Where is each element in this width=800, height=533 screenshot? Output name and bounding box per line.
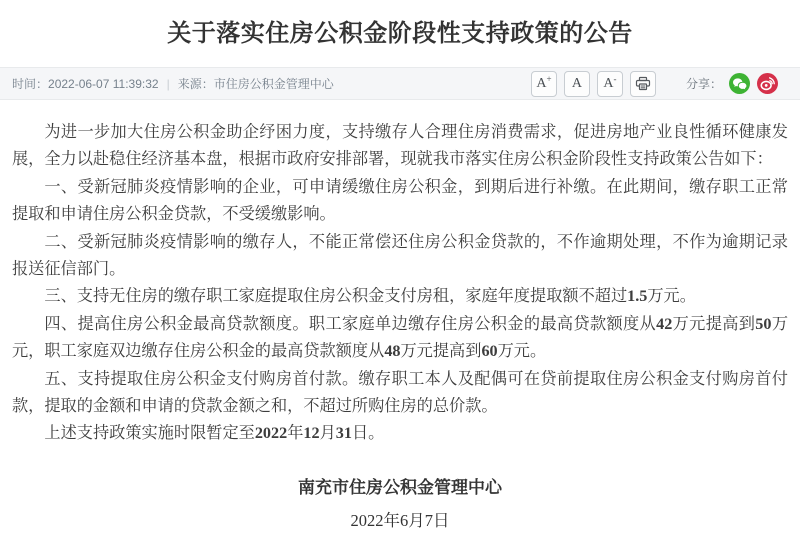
time-label: 时间： [12, 75, 48, 92]
article-body: 为进一步加大住房公积金助企纾困力度，支持缴存人合理住房消费需求，促进房地产业良性… [0, 100, 800, 448]
printer-icon [635, 76, 651, 91]
paragraph: 为进一步加大住房公积金助企纾困力度，支持缴存人合理住房消费需求，促进房地产业良性… [12, 119, 788, 174]
font-increase-button[interactable]: A+ [531, 71, 557, 97]
meta-toolbar: A+ A A- 分享： [524, 71, 778, 97]
print-button[interactable] [630, 71, 656, 97]
font-increase-label: A [536, 77, 546, 91]
font-default-label: A [572, 77, 582, 91]
source-value: 市住房公积金管理中心 [214, 75, 334, 92]
issue-date: 2022年6月7日 [0, 507, 800, 531]
paragraph: 四、提高住房公积金最高贷款额度。职工家庭单边缴存住房公积金的最高贷款额度从42万… [12, 311, 788, 366]
weibo-share-icon[interactable] [757, 73, 778, 94]
page-title: 关于落实住房公积金阶段性支持政策的公告 [0, 0, 800, 51]
font-increase-sign: + [547, 75, 552, 84]
wechat-share-icon[interactable] [729, 73, 750, 94]
paragraph: 三、支持无住房的缴存职工家庭提取住房公积金支付房租，家庭年度提取额不超过1.5万… [12, 283, 788, 310]
share-label: 分享： [686, 75, 722, 92]
font-decrease-label: A [603, 77, 613, 91]
source-label: 来源： [178, 75, 214, 92]
paragraph: 五、支持提取住房公积金支付购房首付款。缴存职工本人及配偶可在贷前提取住房公积金支… [12, 366, 788, 421]
paragraph: 一、受新冠肺炎疫情影响的企业，可申请缓缴住房公积金，到期后进行补缴。在此期间，缴… [12, 174, 788, 229]
paragraph: 上述支持政策实施时限暂定至2022年12月31日。 [12, 420, 788, 447]
announcement-page: 关于落实住房公积金阶段性支持政策的公告 时间： 2022-06-07 11:39… [0, 0, 800, 533]
meta-bar: 时间： 2022-06-07 11:39:32 | 来源： 市住房公积金管理中心… [0, 67, 800, 100]
meta-separator: | [167, 77, 170, 91]
paragraph: 二、受新冠肺炎疫情影响的缴存人，不能正常偿还住房公积金贷款的，不作逾期处理，不作… [12, 229, 788, 284]
meta-info: 时间： 2022-06-07 11:39:32 | 来源： 市住房公积金管理中心 [12, 75, 334, 92]
font-decrease-sign: - [614, 75, 617, 84]
font-decrease-button[interactable]: A- [597, 71, 623, 97]
time-value: 2022-06-07 11:39:32 [48, 77, 159, 91]
issuer-signature: 南充市住房公积金管理中心 [0, 473, 800, 498]
font-default-button[interactable]: A [564, 71, 590, 97]
